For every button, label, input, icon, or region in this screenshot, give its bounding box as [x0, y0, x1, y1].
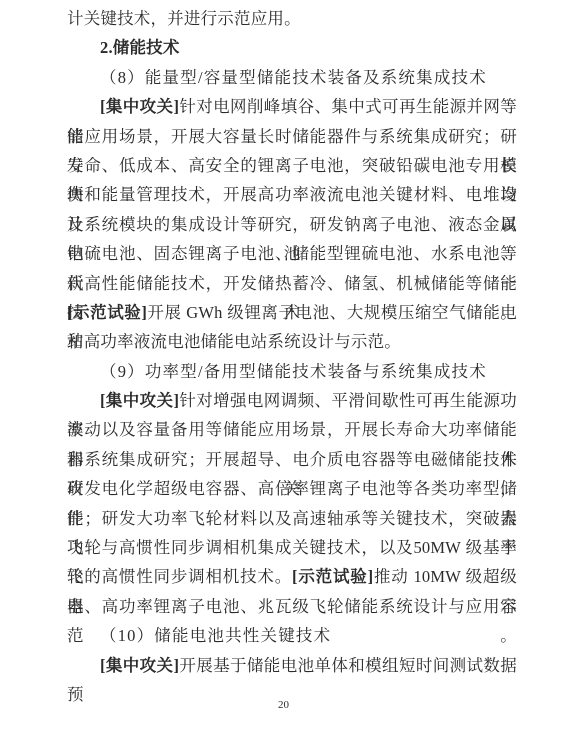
text-line: 波动以及容量备用等储能应用场景，开展长寿命大功率储能器件 [67, 415, 517, 444]
section-tag-label: [集中攻关] [100, 391, 179, 410]
text-line: [集中攻关]开展基于储能电池单体和模组短时间测试数据预 [67, 651, 517, 680]
text-line: 和系统集成研究；开展超导、电介质电容器等电磁储能技术攻关， [67, 445, 517, 474]
section-tag-label: [集中攻关] [100, 97, 179, 116]
text-line: [示范试验]开展 GWh 级锂离子电池、大规模压缩空气储能电站 [67, 298, 517, 327]
document-lines: 计关键技术，并进行示范应用。2.储能技术（8）能量型/容量型储能技术装备及系统集… [67, 4, 517, 680]
text-line: 代高性能储能技术，开发储热蓄冷、储氢、机械储能等储能技术。 [67, 269, 517, 298]
text-line: 及系统模块的集成设计等研究，研发钠离子电池、液态金属电池、 [67, 210, 517, 239]
text-line: 研发电化学超级电容器、高倍率锂离子电池等各类功率型储能器 [67, 474, 517, 503]
text-line: 能应用场景，开展大容量长时储能器件与系统集成研究；研发长 [67, 122, 517, 151]
text-line: 计关键技术，并进行示范应用。 [67, 4, 517, 33]
text-segment: （8）能量型/容量型储能技术装备及系统集成技术 [100, 68, 487, 87]
text-line: 钠硫电池、固态锂离子电池、储能型锂硫电池、水系电池等新一 [67, 239, 517, 268]
text-line: 和高功率液流电池储能电站系统设计与示范。 [67, 327, 517, 356]
text-line: [集中攻关]针对增强电网调频、平滑间歇性可再生能源功率 [67, 386, 517, 415]
text-line: （9）功率型/备用型储能技术装备与系统集成技术 [67, 357, 517, 386]
text-line: 件；研发大功率飞轮材料以及高速轴承等关键技术，突破大功率 [67, 504, 517, 533]
text-segment: 计关键技术，并进行示范应用。 [67, 9, 301, 28]
section-tag-label: [示范试验] [67, 303, 147, 322]
text-line: [集中攻关]针对电网削峰填谷、集中式可再生能源并网等储 [67, 92, 517, 121]
text-line: 2.储能技术 [67, 33, 517, 62]
text-line: （8）能量型/容量型储能技术装备及系统集成技术 [67, 63, 517, 92]
text-segment: （10）储能电池共性关键技术 [100, 626, 331, 645]
text-line: 衡和能量管理技术，开展高功率液流电池关键材料、电堆设计以 [67, 180, 517, 209]
text-line: 寿命、低成本、高安全的锂离子电池，突破铅碳电池专用模块均 [67, 151, 517, 180]
section-tag-label: [集中攻关] [100, 656, 179, 675]
text-segment: 轮的高惯性同步调相机技术。 [67, 567, 292, 586]
section-tag-label: 2.储能技术 [100, 38, 180, 57]
text-segment: 和高功率液流电池储能电站系统设计与示范。 [67, 332, 401, 351]
page-number: 20 [0, 699, 567, 711]
text-segment: （9）功率型/备用型储能技术装备与系统集成技术 [100, 362, 487, 381]
section-tag-label: [示范试验] [292, 567, 373, 586]
text-line: 飞轮与高惯性同步调相机集成关键技术，以及50MW 级基于飞 [67, 533, 517, 562]
document-page: 计关键技术，并进行示范应用。2.储能技术（8）能量型/容量型储能技术装备及系统集… [0, 0, 567, 731]
text-line: 轮的高惯性同步调相机技术。[示范试验]推动 10MW 级超级电容 [67, 562, 517, 591]
text-line: 器、高功率锂离子电池、兆瓦级飞轮储能系统设计与应用示范。 [67, 592, 517, 621]
